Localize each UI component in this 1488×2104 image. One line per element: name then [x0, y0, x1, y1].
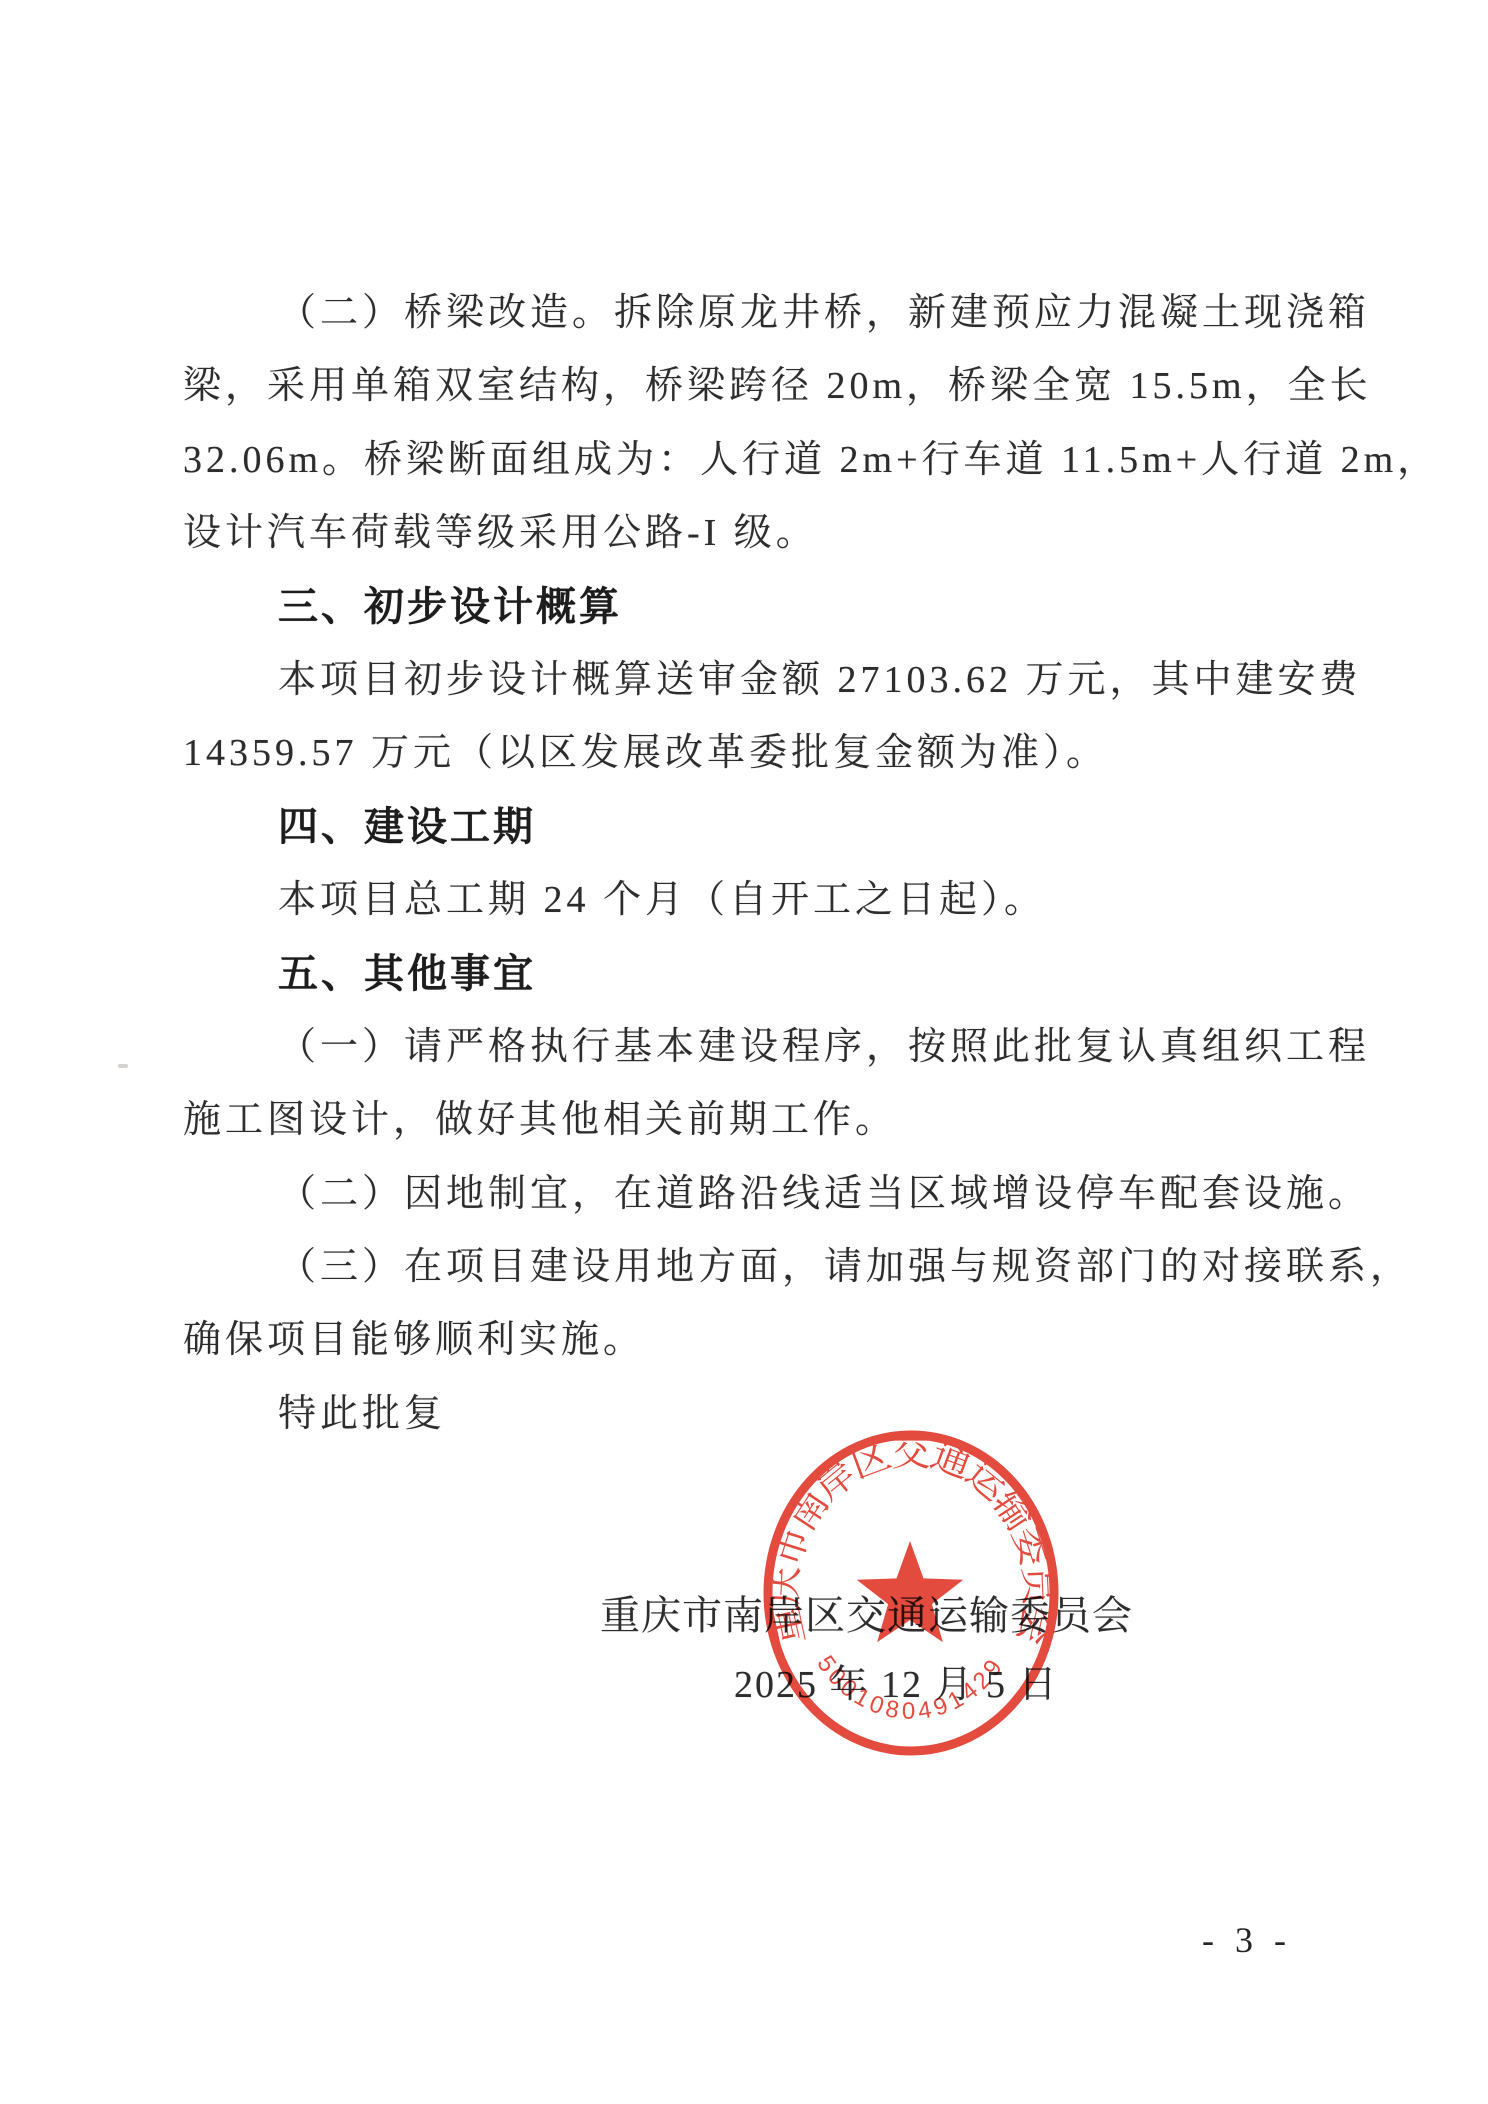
section-heading-other: 五、其他事宜: [183, 938, 1358, 1011]
paragraph-line: 确保项目能够顺利实施。: [183, 1304, 1358, 1377]
paragraph-line: 本项目总工期 24 个月（自开工之日起）。: [183, 864, 1358, 937]
paragraph-line: （二）因地制宜，在道路沿线适当区域增设停车配套设施。: [183, 1158, 1358, 1231]
paragraph-line: （二）桥梁改造。拆除原龙井桥，新建预应力混凝土现浇箱: [183, 277, 1358, 350]
document-page: （二）桥梁改造。拆除原龙井桥，新建预应力混凝土现浇箱 梁，采用单箱双室结构，桥梁…: [0, 0, 1488, 2104]
paragraph-line: 施工图设计，做好其他相关前期工作。: [183, 1084, 1358, 1157]
paragraph-line: 本项目初步设计概算送审金额 27103.62 万元，其中建安费: [183, 644, 1358, 717]
paragraph-line: 14359.57 万元（以区发展改革委批复金额为准）。: [183, 717, 1358, 790]
section-heading-schedule: 四、建设工期: [183, 791, 1358, 864]
paragraph-line: （一）请严格执行基本建设程序，按照此批复认真组织工程: [183, 1011, 1358, 1084]
section-heading-estimate: 三、初步设计概算: [183, 571, 1358, 644]
paragraph-line: 32.06m。桥梁断面组成为：人行道 2m+行车道 11.5m+人行道 2m，: [183, 424, 1358, 497]
page-number: - 3 -: [1202, 1922, 1292, 1958]
scan-speck: [118, 1064, 128, 1068]
paragraph-line: 设计汽车荷载等级采用公路-I 级。: [183, 497, 1358, 570]
paragraph-line: 梁，采用单箱双室结构，桥梁跨径 20m，桥梁全宽 15.5m，全长: [183, 350, 1358, 423]
seal-serial-number: 5001080491429: [811, 1651, 1010, 1725]
official-seal: 重庆市南岸区交通运输委员会 5001080491429: [741, 1413, 1081, 1773]
svg-text:5001080491429: 5001080491429: [811, 1651, 1010, 1725]
seal-star-icon: [857, 1541, 964, 1642]
paragraph-line: （三）在项目建设用地方面，请加强与规资部门的对接联系，: [183, 1231, 1358, 1304]
document-body: （二）桥梁改造。拆除原龙井桥，新建预应力混凝土现浇箱 梁，采用单箱双室结构，桥梁…: [183, 277, 1358, 1451]
